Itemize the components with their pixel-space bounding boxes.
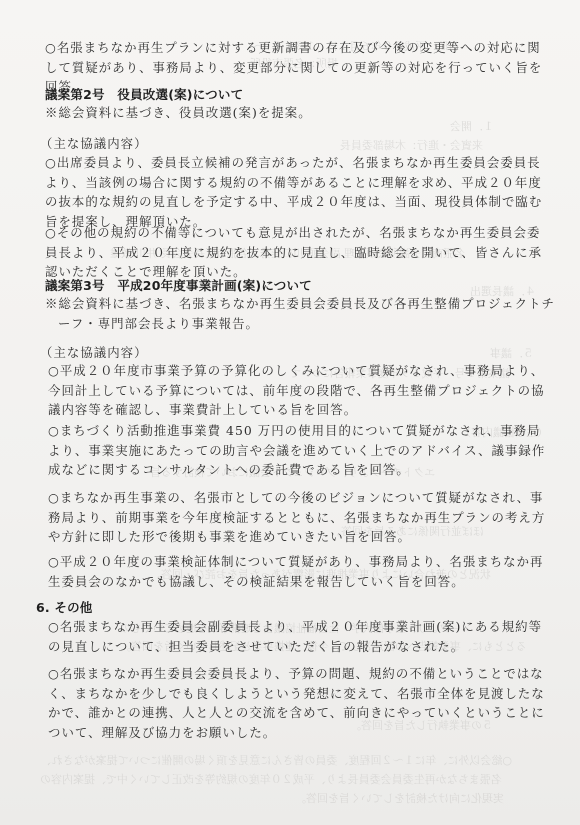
section-6-item-2: ○名張まちなか再生委員会委員長より、予算の問題、規約の不備ということではなく、ま…	[48, 664, 548, 742]
agenda-3-note: ※総会資料に基づき、名張まちなか再生委員会委員長及び各再生整備プロジェクトチーフ…	[45, 294, 558, 333]
agenda-2-item-1: ○出席委員より、委員長立候補の発言があったが、名張まちなか再生委員会委員長より、…	[45, 153, 545, 231]
agenda-3-item-3: ○まちなか再生事業の、名張市としての今後のビジョンについて質疑がなされ、事務局よ…	[48, 488, 548, 547]
bleed-through-text: 実現化に向けた検討をしていく旨を回答。	[295, 790, 504, 806]
bleed-through-text: ○総会以外に、年に１〜２回程度、委員の皆さんに意見を頂く場の開催について提案がな…	[40, 752, 512, 768]
bleed-through-text: 名張まちなか再生委員会委員長より、平成２０年度の規約等を改正していく中で、提案内…	[40, 771, 502, 787]
agenda-3-item-4: ○平成２０年度の事業検証体制について質疑があり、事務局より、名張まちなか再生委員…	[48, 552, 548, 591]
agenda-3-item-1: ○平成２０年度市事業予算の予算化のしくみについて質疑がなされ、事務局より、今回計…	[48, 361, 548, 420]
agenda-2-heading: 議案第2号 役員改選(案)について	[45, 85, 243, 104]
scanned-page: 日時：平成２０年６月１日 １３：００〜 場所：名張市役所 １．開会 来賓会・進行…	[0, 0, 580, 825]
agenda-3-discussion-label: （主な協議内容）	[40, 343, 540, 363]
agenda-2-item-2: ○その他の規約の不備等についても意見が出されたが、名張まちなか再生委員会委員長よ…	[45, 223, 545, 282]
section-6-item-1: ○名張まちなか再生委員会副委員長より、平成２０年度事業計画(案)にある規約等の見…	[48, 617, 548, 656]
agenda-3-heading: 議案第3号 平成20年度事業計画(案)について	[45, 276, 312, 295]
section-6-heading: 6. その他	[36, 598, 93, 617]
agenda-2-note: ※総会資料に基づき、役員改選(案)を提案。	[45, 103, 545, 123]
agenda-2-discussion-label: （主な協議内容）	[40, 134, 540, 154]
agenda-3-item-2: ○まちづくり活動推進事業費 450 万円の使用目的について質疑がなされ、事務局よ…	[48, 421, 548, 480]
